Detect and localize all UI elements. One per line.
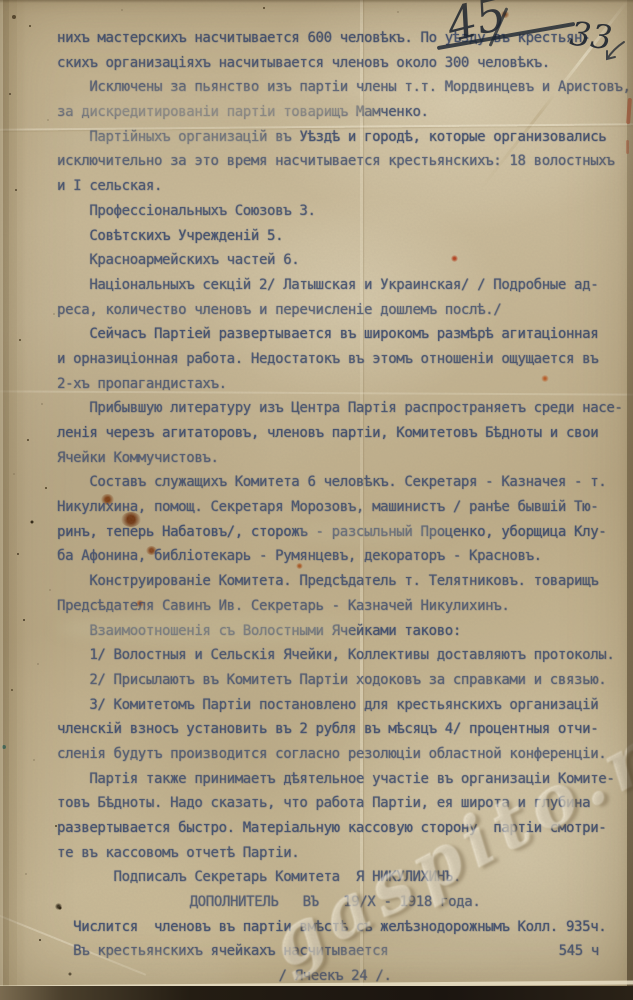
document-line: развертывается быстро. Матеріальную касс… [57, 816, 613, 841]
document-line: Никулихина, помощ. Секретаря Морозовъ, м… [57, 495, 613, 520]
line-right-value: 545 ч [559, 939, 599, 964]
document-line: ленія черезъ агитаторовъ, членовъ партіи… [57, 421, 613, 446]
typewritten-text-block: нихъ мастерскихъ насчитывается 600 челов… [57, 26, 613, 989]
document-line: Исключены за пьянство изъ партіи члены т… [57, 75, 613, 100]
document-line: товъ Бѣдноты. Надо сказать, что работа П… [57, 791, 613, 816]
document-line: ринъ, теперь Набатовъ/, сторожъ - разсыл… [57, 520, 613, 545]
document-line: Предсѣдателя Савинъ Ив. Секретарь - Казн… [57, 594, 613, 619]
document-line: те въ кассовомъ отчетѣ Партіи. [57, 841, 613, 866]
document-line: Числится членовъ въ партіи вмѣстѣ съ жел… [57, 915, 613, 940]
page-top-edge [0, 0, 633, 3]
document-line: и I сельская. [57, 174, 613, 199]
edge-specks [0, 0, 4, 4]
document-line: 3/ Комитетомъ Партіи постановлено для кр… [57, 693, 613, 718]
document-line: 1/ Волостныя и Сельскія Ячейки, Коллекти… [57, 643, 613, 668]
document-line: Сейчасъ Партіей развертывается въ широко… [57, 322, 613, 347]
document-line: скихъ организаціяхъ насчитывается членов… [57, 51, 613, 76]
document-line: Составъ служащихъ Комитета 6 человѣкъ. С… [57, 470, 613, 495]
document-line: исключительно за это время насчитывается… [57, 149, 613, 174]
pen-corner-mark-icon [604, 40, 628, 64]
document-line: реса, количество членовъ и перечисленіе … [57, 298, 613, 323]
document-line: Партійныхъ организацій въ Уѣздѣ и городѣ… [57, 125, 613, 150]
document-line: Партія также принимаетъ дѣятельное участ… [57, 767, 613, 792]
document-line: членскій взносъ установить въ 2 рубля въ… [57, 717, 613, 742]
document-line: и орназиціонная работа. Недостатокъ въ э… [57, 347, 613, 372]
document-line: Ячейки Коммучистовъ. [57, 446, 613, 471]
binding-edge-shading [0, 0, 26, 1000]
document-line: Прибывшую литературу изъ Центра Партія р… [57, 396, 613, 421]
document-line: Совѣтскихъ Учрежденій 5. [57, 224, 613, 249]
document-line: ба Афонина, библіотекарь - Румянцевъ, де… [57, 544, 613, 569]
document-line: Подписалъ Секретарь Комитета Я НИКУЛИХИН… [57, 865, 613, 890]
document-line: за дискредитированіи партіи товарищъ Мам… [57, 100, 613, 125]
document-line: Красноармейскихъ частей 6. [57, 248, 613, 273]
document-line: Профессіональныхъ Союзовъ 3. [57, 199, 613, 224]
scan-background-strip [0, 986, 633, 1000]
document-line: Національныхъ секцій 2/ Латышская и Укра… [57, 273, 613, 298]
document-line: Въ крестьянскихъ ячейкахъ насчитывается5… [57, 939, 613, 964]
document-line: 2/ Присылаютъ въ Комитетъ Партіи ходоков… [57, 668, 613, 693]
document-line: сленія будутъ производится согласно резо… [57, 742, 613, 767]
red-pencil-edge-mark [626, 140, 629, 154]
red-pencil-edge-mark [626, 98, 632, 124]
scanned-document-page: нихъ мастерскихъ насчитывается 600 челов… [0, 0, 633, 1000]
document-line: ДОПОЛНИТЕЛЬ ВЪ 19/X - 1918 года. [57, 890, 613, 915]
document-line: Конструированіе Комитета. Предсѣдатель т… [57, 569, 613, 594]
document-line: 2-хъ пропагандистахъ. [57, 372, 613, 397]
document-line: Взаимоотношенія съ Волостными Ячейками т… [57, 619, 613, 644]
